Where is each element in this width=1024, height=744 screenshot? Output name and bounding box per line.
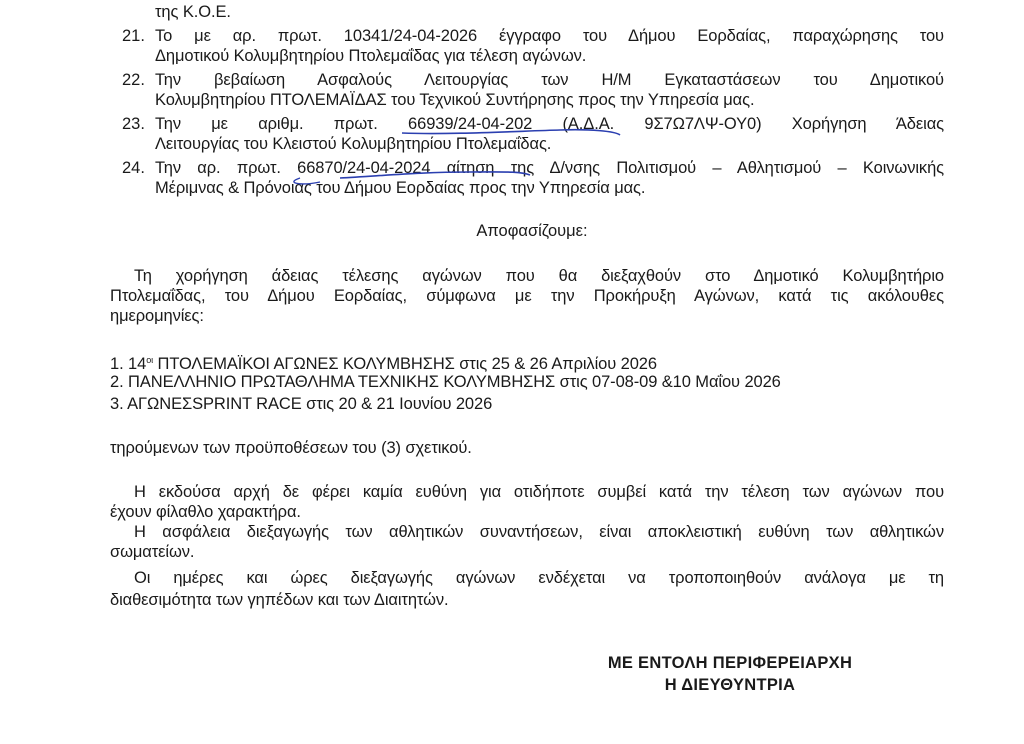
disclaimer-line: Η ασφάλεια διεξαγωγής των αθλητικών συνα… <box>134 522 944 542</box>
signature-role: Η ΔΙΕΥΘΥΝΤΡΙΑ <box>560 674 900 696</box>
event-number: 1. <box>110 355 124 373</box>
event-text: ΠΤΟΛΕΜΑΪΚΟΙ ΑΓΩΝΕΣ ΚΟΛΥΜΒΗΣΗΣ στις 25 & … <box>153 355 657 373</box>
item-number: 23. <box>122 114 145 134</box>
conditions-line: τηρούμενων των προϋποθέσεων του (3) σχετ… <box>110 438 472 458</box>
prev-item-tail: της Κ.Ο.Ε. <box>155 2 231 22</box>
item-text-line: Το με αρ. πρωτ. 10341/24-04-2026 έγγραφο… <box>155 26 944 46</box>
disclaimer-line: έχουν φίλαθλο χαρακτήρα. <box>110 502 301 522</box>
event-item: 2. ΠΑΝΕΛΛΗΝΙΟ ΠΡΩΤΑΘΛΗΜΑ ΤΕΧΝΙΚΗΣ ΚΟΛΥΜΒ… <box>110 372 781 392</box>
disclaimer-line: σωματείων. <box>110 542 194 562</box>
paragraph-line: ημερομηνίες: <box>110 306 204 326</box>
paragraph-line: Πτολεμαΐδας, του Δήμου Εορδαίας, σύμφωνα… <box>110 286 944 306</box>
item-text-line: Δημοτικού Κολυμβητηρίου Πτολεμαΐδας για … <box>155 46 586 66</box>
item-number: 24. <box>122 158 145 178</box>
item-text-line: Λειτουργίας του Κλειστού Κολυμβητηρίου Π… <box>155 134 551 154</box>
paragraph-line: Τη χορήγηση άδειας τέλεσης αγώνων που θα… <box>134 266 944 286</box>
event-number: 2. <box>110 373 124 391</box>
event-sup: οι <box>146 355 153 365</box>
item-text-line: Την αρ. πρωτ. 66870/24-04-2024 αίτηση τη… <box>155 158 944 178</box>
event-item: 3. ΑΓΩΝΕΣSPRINT RACE στις 20 & 21 Ιουνίο… <box>110 394 492 414</box>
event-item: 1. 14οι ΠΤΟΛΕΜΑΪΚΟΙ ΑΓΩΝΕΣ ΚΟΛΥΜΒΗΣΗΣ στ… <box>110 350 657 374</box>
item-text-line: Την με αριθμ. πρωτ. 66939/24-04-202 (Α.Δ… <box>155 114 944 134</box>
disclaimer-line: Οι ημέρες και ώρες διεξαγωγής αγώνων ενδ… <box>134 568 944 588</box>
document-page: της Κ.Ο.Ε. 21. Το με αρ. πρωτ. 10341/24-… <box>0 0 1024 744</box>
event-number: 3. <box>110 395 124 413</box>
disclaimer-line: διαθεσιμότητα των γηπέδων και των Διαιτη… <box>110 590 449 610</box>
item-number: 22. <box>122 70 145 90</box>
item-text-line: Μέριμνας & Πρόνοιας του Δήμου Εορδαίας π… <box>155 178 645 198</box>
event-text: ΠΑΝΕΛΛΗΝΙΟ ΠΡΩΤΑΘΛΗΜΑ ΤΕΧΝΙΚΗΣ ΚΟΛΥΜΒΗΣΗ… <box>128 373 781 391</box>
item-text-line: Κολυμβητηρίου ΠΤΟΛΕΜΑΪΔΑΣ του Τεχνικού Σ… <box>155 90 754 110</box>
signature-title: ΜΕ ΕΝΤΟΛΗ ΠΕΡΙΦΕΡΕΙΑΡΧΗ <box>560 652 900 674</box>
item-text-line: Την βεβαίωση Ασφαλούς Λειτουργίας των Η/… <box>155 70 944 90</box>
cut-off-line <box>155 0 945 1</box>
event-text: ΑΓΩΝΕΣSPRINT RACE στις 20 & 21 Ιουνίου 2… <box>127 395 492 413</box>
item-number: 21. <box>122 26 145 46</box>
event-prefix: 14 <box>128 355 146 373</box>
decision-heading: Αποφασίζουμε: <box>20 222 1024 241</box>
disclaimer-line: Η εκδούσα αρχή δε φέρει καμία ευθύνη για… <box>134 482 944 502</box>
